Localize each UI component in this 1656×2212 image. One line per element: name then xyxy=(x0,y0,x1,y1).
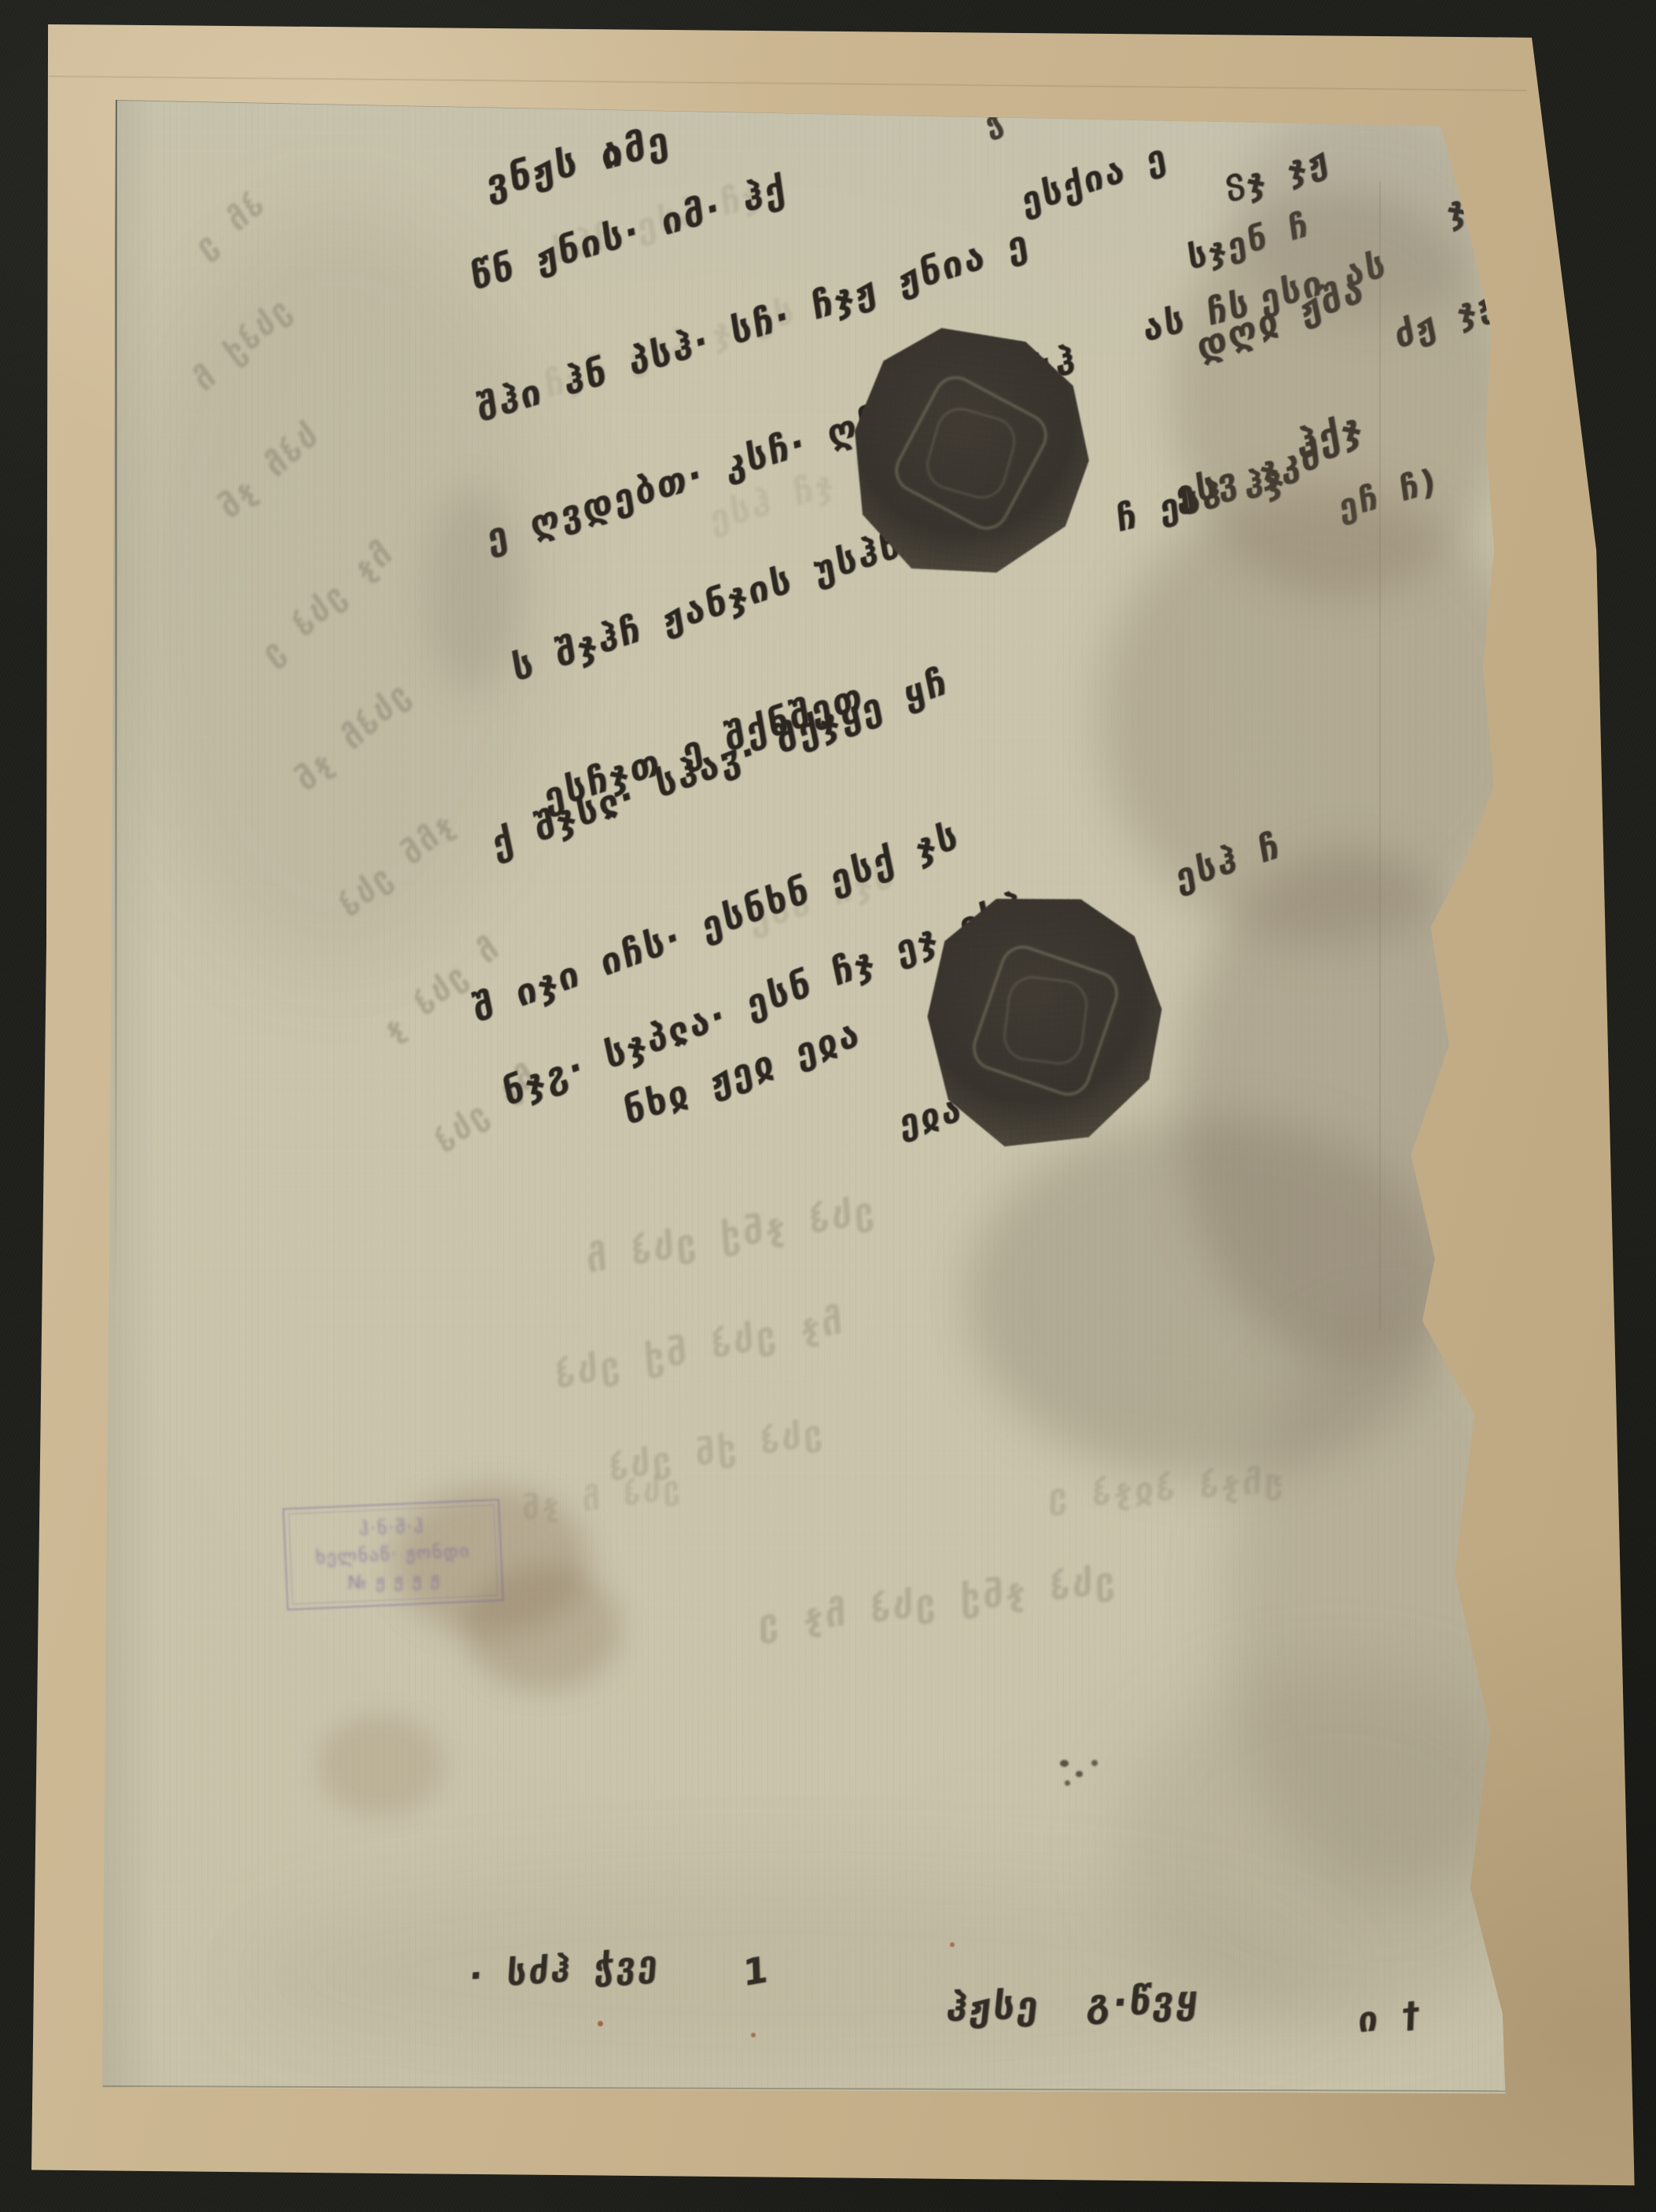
handwriting-line: ჰჟსე გ·წვყ xyxy=(944,1981,1202,2027)
handwriting-line: 1 xyxy=(742,1950,771,1992)
bleedthrough-line: ჰჩ ე xyxy=(190,187,269,266)
rust-dot xyxy=(751,2033,756,2037)
ink-seal-lower xyxy=(922,890,1168,1150)
bottom-wash xyxy=(236,1872,1337,2076)
bleedthrough-line: ესჰ ჯნქ ესჰ ჩ xyxy=(583,1191,875,1279)
handwriting-line: ესქია ე xyxy=(1019,138,1170,220)
ink-seal-upper xyxy=(841,320,1102,586)
ink-speck xyxy=(1076,1771,1083,1777)
rust-dot xyxy=(598,2021,603,2026)
ink-speck xyxy=(1091,1760,1098,1766)
bleedthrough-line: ჩჯ ესჰ ნქ ესჰ xyxy=(551,1302,843,1394)
photo-backdrop: ჰჩ ეესჰქ ჩსჰჩ ჯნჩჯ ესჰ ეესჰჩ ჯნჯჩნ ესჰჩ … xyxy=(0,0,1656,2212)
bleedthrough-line: ჩჯ ესჰ ე xyxy=(256,536,397,673)
page-left-edge-line xyxy=(115,100,117,1295)
handwriting-line: იმე xyxy=(599,120,672,176)
water-stain xyxy=(967,1117,1455,1478)
bleedthrough-line: ესჰქ ჩ xyxy=(187,293,296,399)
bleedthrough-line: ჯჩნ ესჰ xyxy=(333,808,459,925)
handwriting-line: ეჩ ჩ) xyxy=(1337,463,1440,524)
mat-crease xyxy=(49,75,1527,91)
handwriting-line: ესჰ ჩ xyxy=(1173,828,1283,896)
stamp-text-line: ხელნაწ· ჟონდი xyxy=(315,1538,471,1572)
page-content-layer: ჰჩ ეესჰქ ჩსჰჩ ჯნჩჯ ესჰ ეესჰჩ ჯნჯჩნ ესჰჩ … xyxy=(0,0,1656,2212)
page-fold-crease xyxy=(1379,181,1381,1329)
manuscript-page: ჰჩ ეესჰქ ჩსჰჩ ჯნჩჯ ესჰ ეესჰჩ ჯნჯჩნ ესჰჩ … xyxy=(101,98,1508,2096)
stamp-text-line: ჰ·ნ·შ·ჰ xyxy=(359,1513,425,1543)
handwriting-line: ი † xyxy=(1357,1997,1422,2039)
bleedthrough-line: სჰჩ ჯნ xyxy=(212,418,323,526)
handwriting-line: ჽჯ ჯჟ xyxy=(1224,142,1332,209)
ink-speck xyxy=(1060,1760,1069,1767)
library-stamp: ჰ·ნ·შ·ჰ ხელნაწ· ჟონდი № ჟ ჟ ჟ ჟ xyxy=(282,1499,503,1610)
handwriting-line: ქ შჯსჺ· სჰაჳ· შქჯყე ყჩ xyxy=(489,662,951,863)
bleedthrough-line: ესჰჩ ჯნ xyxy=(289,677,414,800)
bleedthrough-line: ჟჩჯჰ ჰჲჯჰ ე xyxy=(1046,1463,1285,1515)
ink-speck xyxy=(1065,1780,1070,1786)
bleedthrough-line: ესჰ ჯნქ ესჰ ჩჯ ე xyxy=(756,1562,1115,1642)
handwriting-line: სჯენ ჩ xyxy=(1186,208,1312,275)
rust-dot xyxy=(950,1942,955,1947)
foxing-spot xyxy=(318,1714,443,1816)
stamp-text-line: № ჟ ჟ ჟ ჟ xyxy=(347,1566,441,1596)
bleedthrough-line: ესჰ ჩ ჯნ xyxy=(519,1472,680,1526)
handwriting-line: · სძჰ ჭვე xyxy=(468,1946,661,1994)
